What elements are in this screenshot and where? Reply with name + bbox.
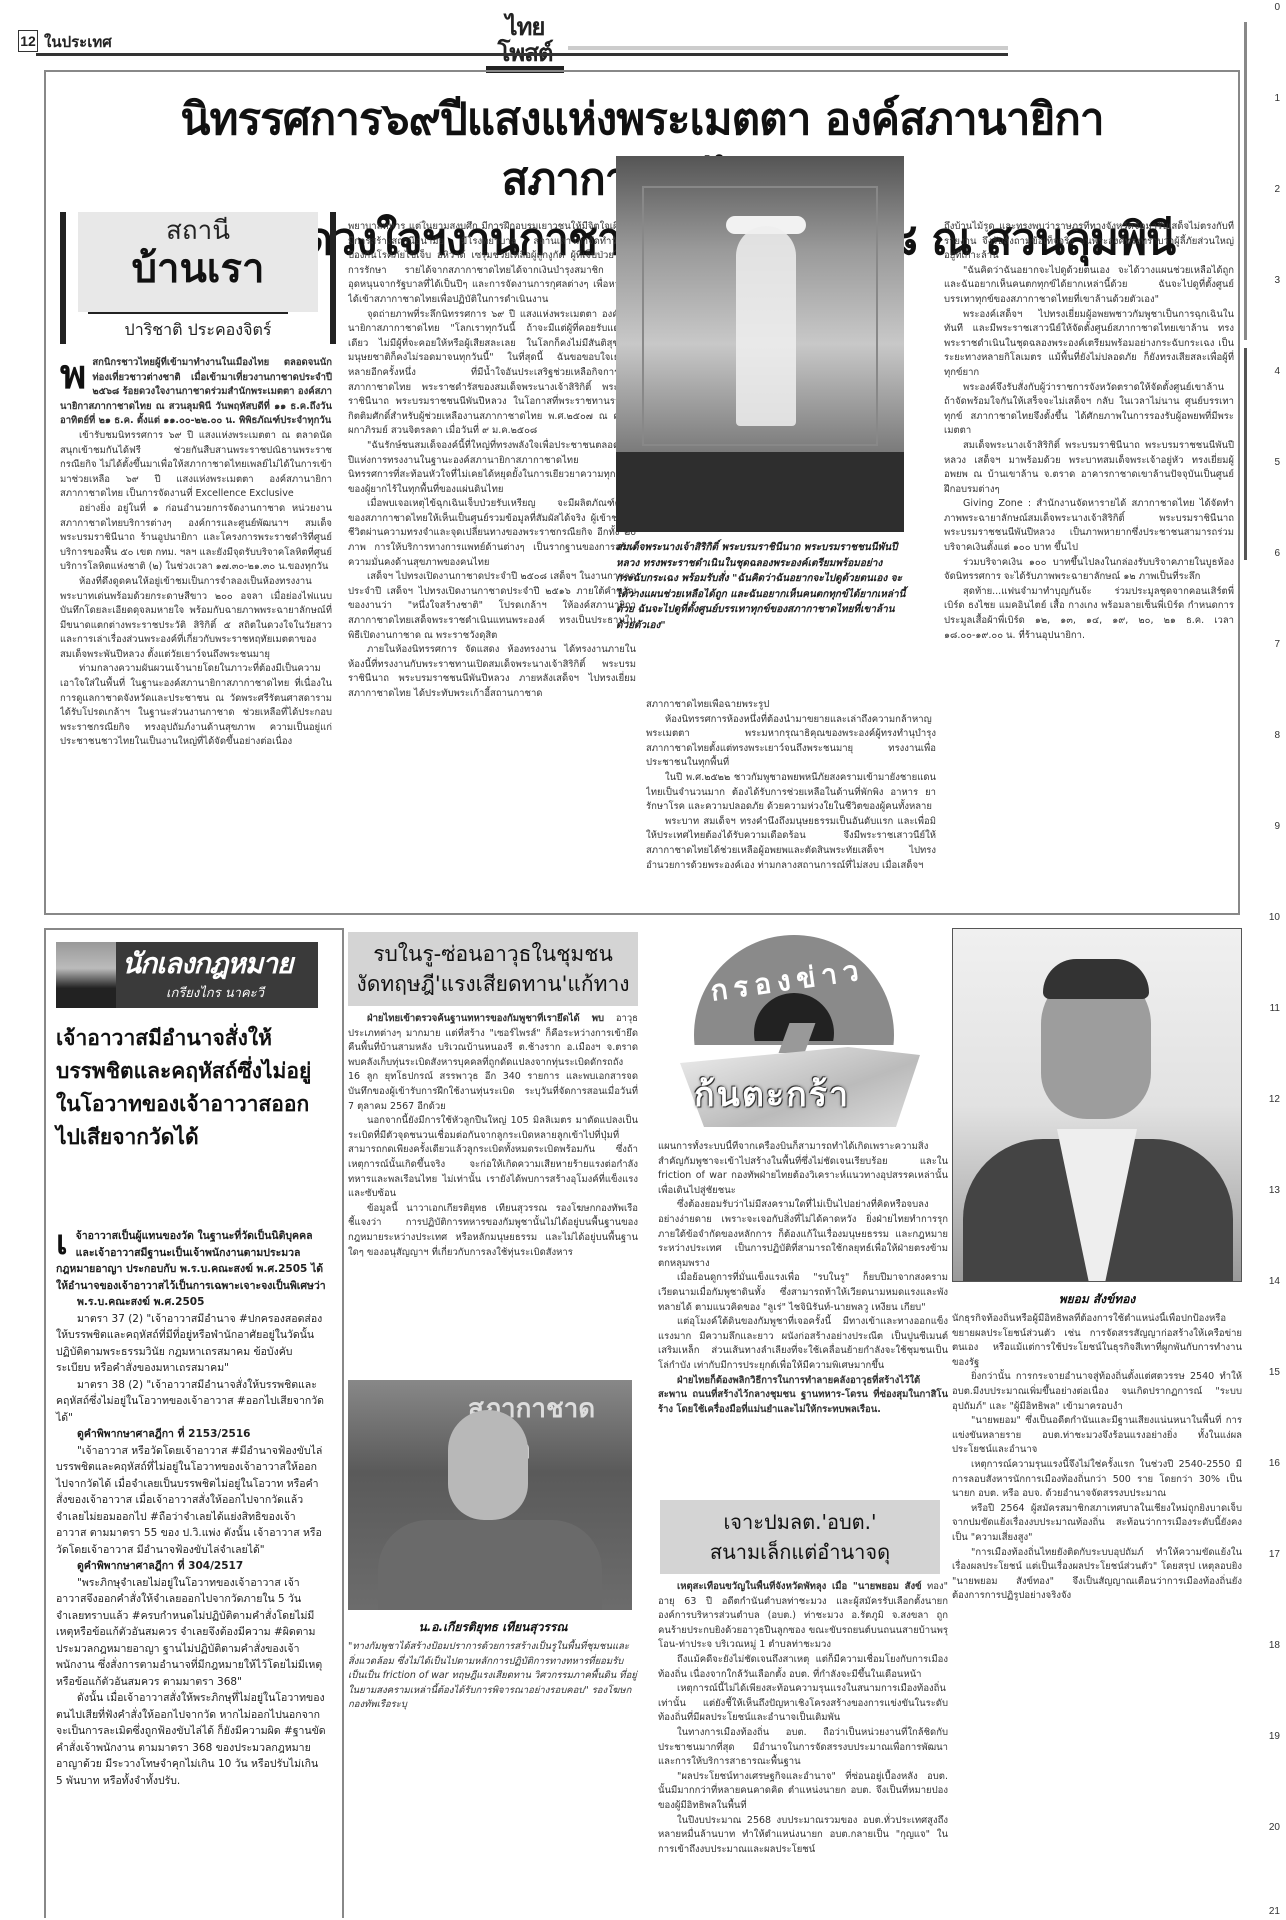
paragraph: "เจ้าอาวาส หรือวัดโดยเจ้าอาวาส #มีอำนาจฟ… bbox=[56, 1443, 326, 1559]
story1-headline-line2: งัดทฤษฎี'แรงเสียดทาน'แก้ทาง bbox=[348, 969, 638, 999]
paragraph: ฝ่ายไทยก็ต้องพลิกวิธีการในการทำลายคลังอา… bbox=[658, 1375, 948, 1415]
paragraph: เหตุการณ์นี้ไม่ได้เพียงสะท้อนความรุนแรงใ… bbox=[658, 1682, 948, 1726]
paragraph: นักธุรกิจท้องถิ่นหรือผู้มีอิทธิพลที่ต้อง… bbox=[952, 1312, 1242, 1370]
paragraph: ในปีงบประมาณ 2568 งบประมาณรวมของ อบต.ทั่… bbox=[658, 1814, 948, 1858]
feature-column-4: ถึงบ้านไม้รูด และทรงพบว่าราษฎรที่ทางจังห… bbox=[944, 220, 1234, 910]
ruler-tick: 21 bbox=[1269, 1906, 1280, 1917]
photo-head bbox=[448, 1410, 528, 1520]
paragraph: ดังนั้น เมื่อเจ้าอาวาสสั่งให้พระภิกษุที่… bbox=[56, 1690, 326, 1789]
feature-column-1: พสกนิกรชาวไทยผู้ที่เข้ามาทำงานในเมืองไทย… bbox=[60, 356, 332, 908]
paragraph: หรือปี 2564 ผู้สมัครสมาชิกสภาเทศบาลในเชี… bbox=[952, 1502, 1242, 1546]
paragraph: เมื่อพบเจอเหตุไข้ฉุกเฉินเจ็บป่วยรับเหรีย… bbox=[348, 497, 636, 570]
paragraph: สุดท้าย...แฟนจำมาทำบุญกันจ้ะ ร่วมประมูลช… bbox=[944, 585, 1234, 643]
page-number: 12 bbox=[18, 30, 38, 52]
subheading: พ.ร.บ.คณะสงฆ์ พ.ศ.2505 bbox=[56, 1294, 326, 1311]
masthead: 12 ในประเทศ ไทยโพสต์ bbox=[0, 0, 1240, 60]
paragraph: อย่างยิ่ง อยู่ในที่ ๑ ก่อนอำนวยการจัดงาน… bbox=[60, 502, 332, 575]
lawyer-body: เจ้าอาวาสเป็นผู้แทนของวัด ในฐานะที่วัดเป… bbox=[56, 1228, 326, 1789]
feature-column-3: สภากาชาดไทยเพื่อฉายพระรูป ห้องนิทรรศการห… bbox=[646, 698, 936, 910]
feature-column-2: พยาบาลทหาร แต่ในยามสงบศึก มีการฝึกอบรมเย… bbox=[348, 220, 636, 910]
header-rule bbox=[36, 53, 1008, 56]
paragraph: ภายในห้องนิทรรศการ จัดแสดง ห้องทรงงาน ได… bbox=[348, 643, 636, 701]
paragraph: ท่ามกลางความผันผวนเจ้านายโดยในภาวะที่ต้อ… bbox=[60, 662, 332, 750]
ruler-tick: 9 bbox=[1274, 821, 1280, 832]
paragraph: ร่วมบริจาคเงิน ๑๐๐ บาทขึ้นไปลงในกล่องรับ… bbox=[944, 556, 1234, 585]
spokesman-caption: น.อ.เกียรติยุทธ เทียนสุวรรณ bbox=[348, 1618, 638, 1637]
spokesman-quote: "ทางกัมพูชาได้สร้างป้อมปราการด้วยการสร้า… bbox=[348, 1640, 638, 1713]
ruler-tick: 3 bbox=[1274, 275, 1280, 286]
paragraph: ห้องที่ดึงดูดคนให้อยู่เข้าชมเป็นการจำลอง… bbox=[60, 575, 332, 663]
subheading: ดูคำพิพากษาศาลฎีกา ที่ 2153/2516 bbox=[56, 1426, 326, 1443]
story1-continued: แผนการทั้งระบบนี้ที่จากเครื่องบินก็สามาร… bbox=[658, 1140, 948, 1494]
paragraph: "ผลประโยชน์ทางเศรษฐกิจและอำนาจ" ที่ซ่อนอ… bbox=[658, 1770, 948, 1814]
paragraph: จุดถ่ายภาพที่ระลึกนิทรรศการ ๖๙ ปี แสงแห่… bbox=[348, 308, 636, 439]
paragraph: อาวุธประเภทต่างๆ มากมาย แต่ที่สร้าง "เซอ… bbox=[348, 1013, 638, 1112]
paragraph: ถึงแม้คดีจะยังไม่ชัดเจนถึงสาเหตุ แต่ก็มี… bbox=[658, 1653, 948, 1682]
candidate-photo bbox=[952, 928, 1242, 1282]
paragraph: "พระภิกษุจำเลยไม่อยู่ในโอวาทของเจ้าอาวาส… bbox=[56, 1575, 326, 1691]
paragraph: สมเด็จพระนางเจ้าสิริกิติ์ พระบรมราชินีนา… bbox=[944, 439, 1234, 497]
paragraph: แผนการทั้งระบบนี้ที่จากเครื่องบินก็สามาร… bbox=[658, 1140, 948, 1198]
photo-floor bbox=[616, 452, 904, 532]
ruler-tick: 2 bbox=[1274, 184, 1280, 195]
paragraph: Giving Zone : สำนักงานจัดหารายได้ สภากาช… bbox=[944, 497, 1234, 555]
column-logo-word2: บ้านเรา bbox=[78, 244, 318, 294]
ruler-tick: 1 bbox=[1274, 93, 1280, 104]
column-logo-word1: สถานี bbox=[78, 216, 318, 246]
ruler-tick: 11 bbox=[1270, 1003, 1280, 1014]
ruler-tick: 15 bbox=[1269, 1367, 1280, 1378]
paragraph: เหตุสะเทือนขวัญในพื้นที่จังหวัดพัทลุง เม… bbox=[677, 1581, 922, 1592]
ruler-tick: 20 bbox=[1269, 1822, 1280, 1833]
story2-continued: นักธุรกิจท้องถิ่นหรือผู้มีอิทธิพลที่ต้อง… bbox=[952, 1312, 1242, 1916]
logo-text: ไทยโพสต์ bbox=[482, 14, 568, 66]
dropcap: เ bbox=[56, 1228, 68, 1258]
column-logo: สถานี บ้านเรา ปาริชาติ ประคองจิตร์ bbox=[60, 212, 336, 344]
author-photo bbox=[56, 942, 116, 1008]
paragraph: เสด็จฯ ไปทรงเปิดงานกาชาดประจำปี ๒๕๐๘ เสด… bbox=[348, 570, 636, 643]
candidate-caption: พยอม สังข์ทอง bbox=[952, 1290, 1242, 1309]
ruler-tick: 18 bbox=[1269, 1640, 1280, 1651]
ruler-tick: 13 bbox=[1269, 1185, 1280, 1196]
exhibition-photo-caption: สมเด็จพระนางเจ้าสิริกิติ์ พระบรมราชินีนา… bbox=[616, 540, 906, 634]
paragraph: "ฉันรักษ์ชนสมเด็จองค์นี้ที่ใหญ่ที่ทรงพลั… bbox=[348, 439, 636, 497]
paragraph: มาตรา 37 (2) "เจ้าอาวาสมีอำนาจ #ปกครองสอ… bbox=[56, 1311, 326, 1377]
photo-hair bbox=[1043, 959, 1149, 999]
paragraph: พระบาท สมเด็จฯ ทรงคำนึงถึงมนุษยธรรมเป็นอ… bbox=[646, 815, 936, 873]
paragraph: ซึ่งต้องยอมรับว่าไม่มีสงครามใดที่ไม่เป็น… bbox=[658, 1198, 948, 1271]
ruler-tick: 4 bbox=[1274, 366, 1280, 377]
paragraph: จ้าอาวาสเป็นผู้แทนของวัด ในฐานะที่วัดเป็… bbox=[56, 1230, 326, 1292]
ruler-tick: 19 bbox=[1269, 1731, 1280, 1742]
paragraph: เหตุการณ์ความรุนแรงนี้จึงไม่ใช่ครั้งแรก … bbox=[952, 1458, 1242, 1502]
paragraph: ในปี พ.ศ.๒๕๒๒ ชาวกัมพูชาอพยพหนีภัยสงคราม… bbox=[646, 771, 936, 815]
exhibition-photo bbox=[616, 156, 904, 532]
paragraph: แต่อุโมงค์ใต้ดินของกัมพูชาที่เจอครั้งนี้… bbox=[658, 1315, 948, 1373]
story2-headline-line1: เจาะปมลต.'อบต.' bbox=[660, 1507, 940, 1537]
story2-headline-box: เจาะปมลต.'อบต.' สนามเล็กแต่อำนาจดุ bbox=[660, 1500, 940, 1574]
news-roundup-logo: กรองข่าว ก้นตะกร้า bbox=[680, 935, 920, 1135]
paragraph: "นายพยอม" ซึ่งเป็นอดีตกำนันและมีฐานเสียง… bbox=[952, 1414, 1242, 1458]
paragraph: ในทางการเมืองท้องถิ่น อบต. ถือว่าเป็นหน่… bbox=[658, 1726, 948, 1770]
lawyer-banner: นักเลงกฎหมาย เกรียงไกร นาคะวี bbox=[56, 942, 318, 1008]
spokesman-photo: สภากาชาด ธันวา bbox=[348, 1380, 632, 1610]
paragraph: ห้องนิทรรศการห้องหนึ่งที่ต้องนำมาขยายและ… bbox=[646, 713, 936, 771]
paragraph: ยิ่งกว่านั้น การกระจายอำนาจสู่ท้องถิ่นตั… bbox=[952, 1370, 1242, 1414]
column-author: ปาริชาติ ประคองจิตร์ bbox=[66, 318, 330, 343]
paragraph: พยาบาลทหาร แต่ในยามสงบศึก มีการฝึกอบรมเย… bbox=[348, 220, 636, 308]
paragraph: เข้ารับชมนิทรรศการ ๖๙ ปี แสงแห่งพระเมตตา… bbox=[60, 429, 332, 502]
ruler-tick: 7 bbox=[1274, 639, 1280, 650]
logo-bottom-text: ก้นตะกร้า bbox=[694, 1067, 850, 1121]
ruler-tick: 6 bbox=[1274, 548, 1280, 559]
paragraph: พระองค์จึงรับสั่งกับผู้ว่าราชการจังหวัดต… bbox=[944, 381, 1234, 439]
paragraph: "ฉันคิดว่าฉันอยากจะไปดูด้วยตนเอง จะได้วา… bbox=[944, 264, 1234, 308]
story1-body: ฝ่ายไทยเข้าตรวจค้นฐานทหารของกัมพูชาที่เร… bbox=[348, 1012, 638, 1374]
column-logo-rule bbox=[88, 312, 288, 314]
newspaper-logo: ไทยโพสต์ bbox=[482, 14, 568, 52]
page-ruler: 0 1 2 3 4 5 6 7 8 9 10 11 12 13 14 15 16… bbox=[1240, 0, 1286, 1920]
paragraph: สกนิกรชาวไทยผู้ที่เข้ามาทำงานในเมืองไทย … bbox=[60, 357, 332, 426]
paragraph: เมื่อย้อนดูการที่มั่นแข็งแรงเพื่อ "รบในร… bbox=[658, 1271, 948, 1315]
ruler-tick: 0 bbox=[1274, 2, 1280, 13]
paragraph: ถึงบ้านไม้รูด และทรงพบว่าราษฎรที่ทางจังห… bbox=[944, 220, 1234, 264]
paragraph: "การเมืองท้องถิ่นไทยยังติดกับระบบอุปถัมภ… bbox=[952, 1546, 1242, 1604]
ruler-tick: 16 bbox=[1269, 1458, 1280, 1469]
ruler-tick: 17 bbox=[1269, 1549, 1280, 1560]
lawyer-author: เกรียงไกร นาคะวี bbox=[166, 982, 264, 1003]
dropcap: พ bbox=[60, 358, 86, 392]
photo-uniform bbox=[378, 1520, 602, 1610]
subheading: ดูคำพิพากษาศาลฎีกา ที่ 304/2517 bbox=[56, 1558, 326, 1575]
story1-headline-box: รบในรู-ซ่อนอาวุธในชุมชน งัดทฤษฎี'แรงเสีย… bbox=[348, 932, 638, 1006]
column-logo-bg: สถานี บ้านเรา bbox=[78, 212, 318, 312]
ruler-tick: 10 bbox=[1269, 912, 1280, 923]
ruler-tick: 8 bbox=[1274, 730, 1280, 741]
header-gray-rule bbox=[568, 46, 1008, 50]
section-name: ในประเทศ bbox=[44, 30, 112, 54]
paragraph: พระองค์เสด็จฯ ไปทรงเยี่ยมผู้อพยพชาวกัมพู… bbox=[944, 308, 1234, 381]
story1-headline-line1: รบในรู-ซ่อนอาวุธในชุมชน bbox=[348, 939, 638, 969]
photo-figure bbox=[736, 226, 796, 426]
paragraph: สภากาชาดไทยเพื่อฉายพระรูป bbox=[646, 698, 936, 713]
paragraph: ฝ่ายไทยเข้าตรวจค้นฐานทหารของกัมพูชาที่เร… bbox=[367, 1013, 604, 1024]
ruler-tick: 14 bbox=[1269, 1276, 1280, 1287]
paragraph: นอกจากนี้ยังมีการใช้หัวลูกปืนใหญ่ 105 มิ… bbox=[348, 1114, 638, 1202]
lawyer-column: นักเลงกฎหมาย เกรียงไกร นาคะวี เจ้าอาวาสม… bbox=[44, 928, 344, 1918]
lawyer-headline: เจ้าอาวาสมีอำนาจสั่งให้บรรพชิตและคฤหัสถ์… bbox=[56, 1022, 326, 1154]
lawyer-column-title: นักเลงกฎหมาย bbox=[122, 944, 292, 984]
ruler-tick: 12 bbox=[1269, 1094, 1280, 1105]
ruler-tick: 5 bbox=[1274, 457, 1280, 468]
story2-headline-line2: สนามเล็กแต่อำนาจดุ bbox=[660, 1537, 940, 1567]
paragraph: มาตรา 38 (2) "เจ้าอาวาสมีอำนาจสั่งให้บรร… bbox=[56, 1377, 326, 1427]
story2-body: เหตุสะเทือนขวัญในพื้นที่จังหวัดพัทลุง เม… bbox=[658, 1580, 948, 1916]
paragraph: ข้อมูลนี้ นาวาเอกเกียรติยุทธ เทียนสุวรรณ… bbox=[348, 1202, 638, 1260]
